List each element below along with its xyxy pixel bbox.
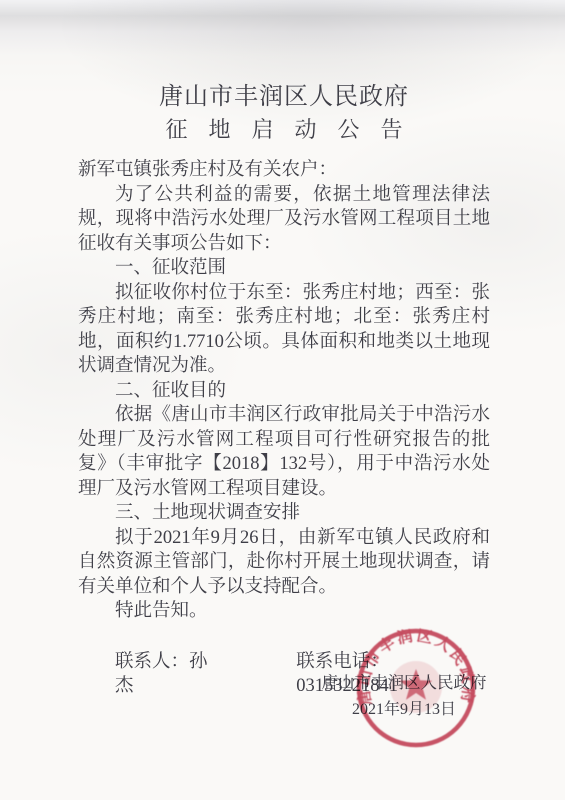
contact-person: 联系人：孙 杰 [115,650,244,699]
paragraph-intro: 为了公共利益的需要，依据土地管理法律法规，现将中浩污水处理厂及污水管网工程项目土… [78,183,490,257]
section-3-heading: 三、土地现状调查安排 [78,501,490,526]
section-1-heading: 一、征收范围 [78,256,490,281]
scanned-notice-page: 唐山市丰润区人民政府 征地启动公告 新军屯镇张秀庄村及有关农户： 为了公共利益的… [0,0,565,800]
notice-title: 征地启动公告 [78,115,490,145]
official-seal: 唐山市丰润区人民政府 [321,593,511,783]
salutation: 新军屯镇张秀庄村及有关农户： [78,158,490,183]
section-2-heading: 二、征收目的 [78,379,490,404]
section-2-body: 依据《唐山市丰润区行政审批局关于中浩污水处理厂及污水管网工程项目可行性研究报告的… [78,403,490,501]
section-3-body: 拟于2021年9月26日，由新军屯镇人民政府和自然资源主管部门，赴你村开展土地现… [78,526,490,600]
issuer-title: 唐山市丰润区人民政府 [78,82,490,112]
section-1-body: 拟征收你村位于东至：张秀庄村地；西至：张秀庄村地；南至：张秀庄村地；北至：张秀庄… [78,281,490,379]
